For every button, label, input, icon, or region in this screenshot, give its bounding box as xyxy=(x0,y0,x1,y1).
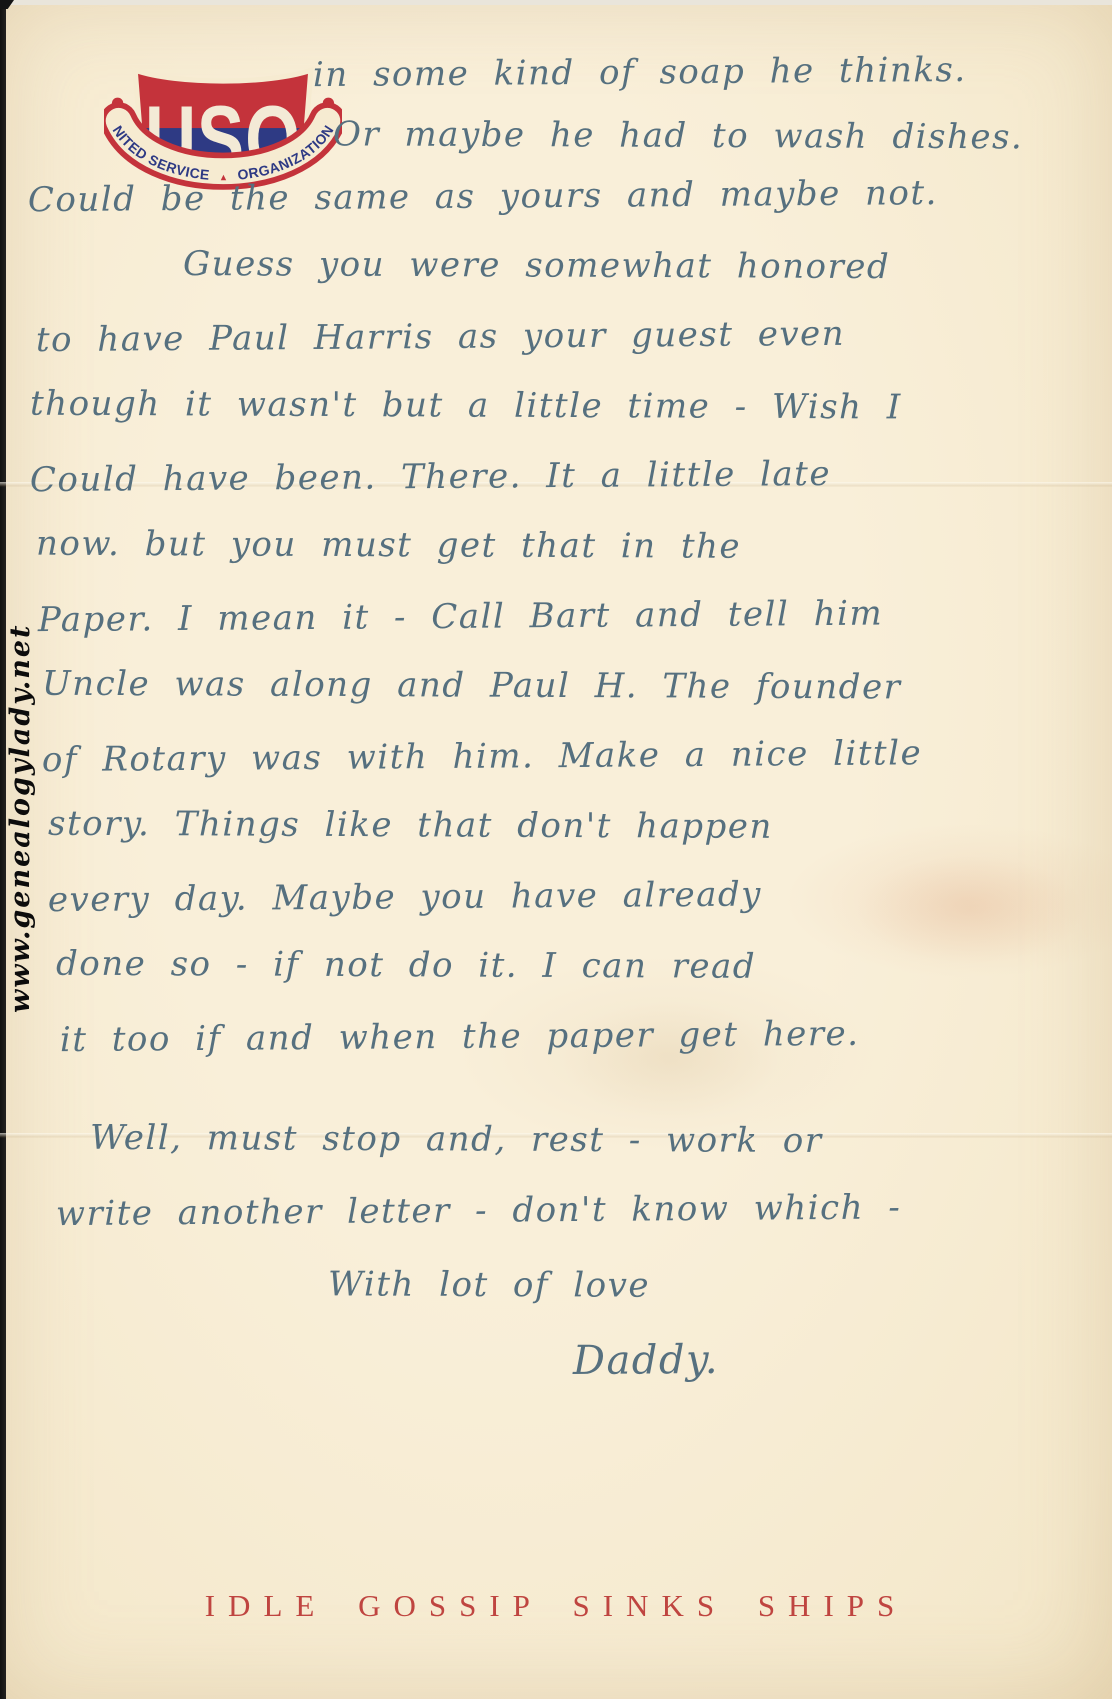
handwritten-line: it too if and when the paper get here. xyxy=(60,1012,1099,1090)
handwritten-line: Uncle was along and Paul H. The founder xyxy=(42,664,1098,739)
scanned-letter-page: www.genealogylady.net USO UNITED SE xyxy=(0,0,1112,1699)
handwritten-line: Could have been. There. It a little late xyxy=(30,452,1099,530)
handwritten-line: though it wasn't but a little time - Wis… xyxy=(30,384,1098,459)
handwritten-line: of Rotary was with him. Make a nice litt… xyxy=(42,732,1099,810)
scan-edge-top xyxy=(0,0,1112,5)
handwritten-line: now. but you must get that in the xyxy=(36,524,1098,599)
letter-body: in some kind of soap he thinks.Or maybe … xyxy=(28,52,1098,1406)
handwritten-line: story. Things like that don't happen xyxy=(48,804,1098,879)
handwritten-line: Paper. I mean it - Call Bart and tell hi… xyxy=(38,592,1099,670)
handwritten-line: in some kind of soap he thinks. xyxy=(313,49,1098,119)
handwritten-line: Daddy. xyxy=(573,1334,1099,1408)
handwritten-line: write another letter - don't know which … xyxy=(56,1186,1099,1264)
handwritten-line: to have Paul Harris as your guest even xyxy=(36,312,1099,390)
handwritten-line: Or maybe he had to wash dishes. xyxy=(333,114,1098,177)
handwritten-line: With lot of love xyxy=(328,1264,1098,1337)
footer-slogan: IDLE GOSSIP SINKS SHIPS xyxy=(0,1588,1112,1624)
handwritten-line: Guess you were somewhat honored xyxy=(183,244,1098,318)
handwritten-line: every day. Maybe you have already xyxy=(48,872,1099,950)
handwritten-line: Could be the same as yours and maybe not… xyxy=(28,172,1099,250)
handwritten-line: done so - if not do it. I can read xyxy=(56,944,1098,1019)
handwritten-line: Well, must stop and, rest - work or xyxy=(90,1118,1098,1192)
